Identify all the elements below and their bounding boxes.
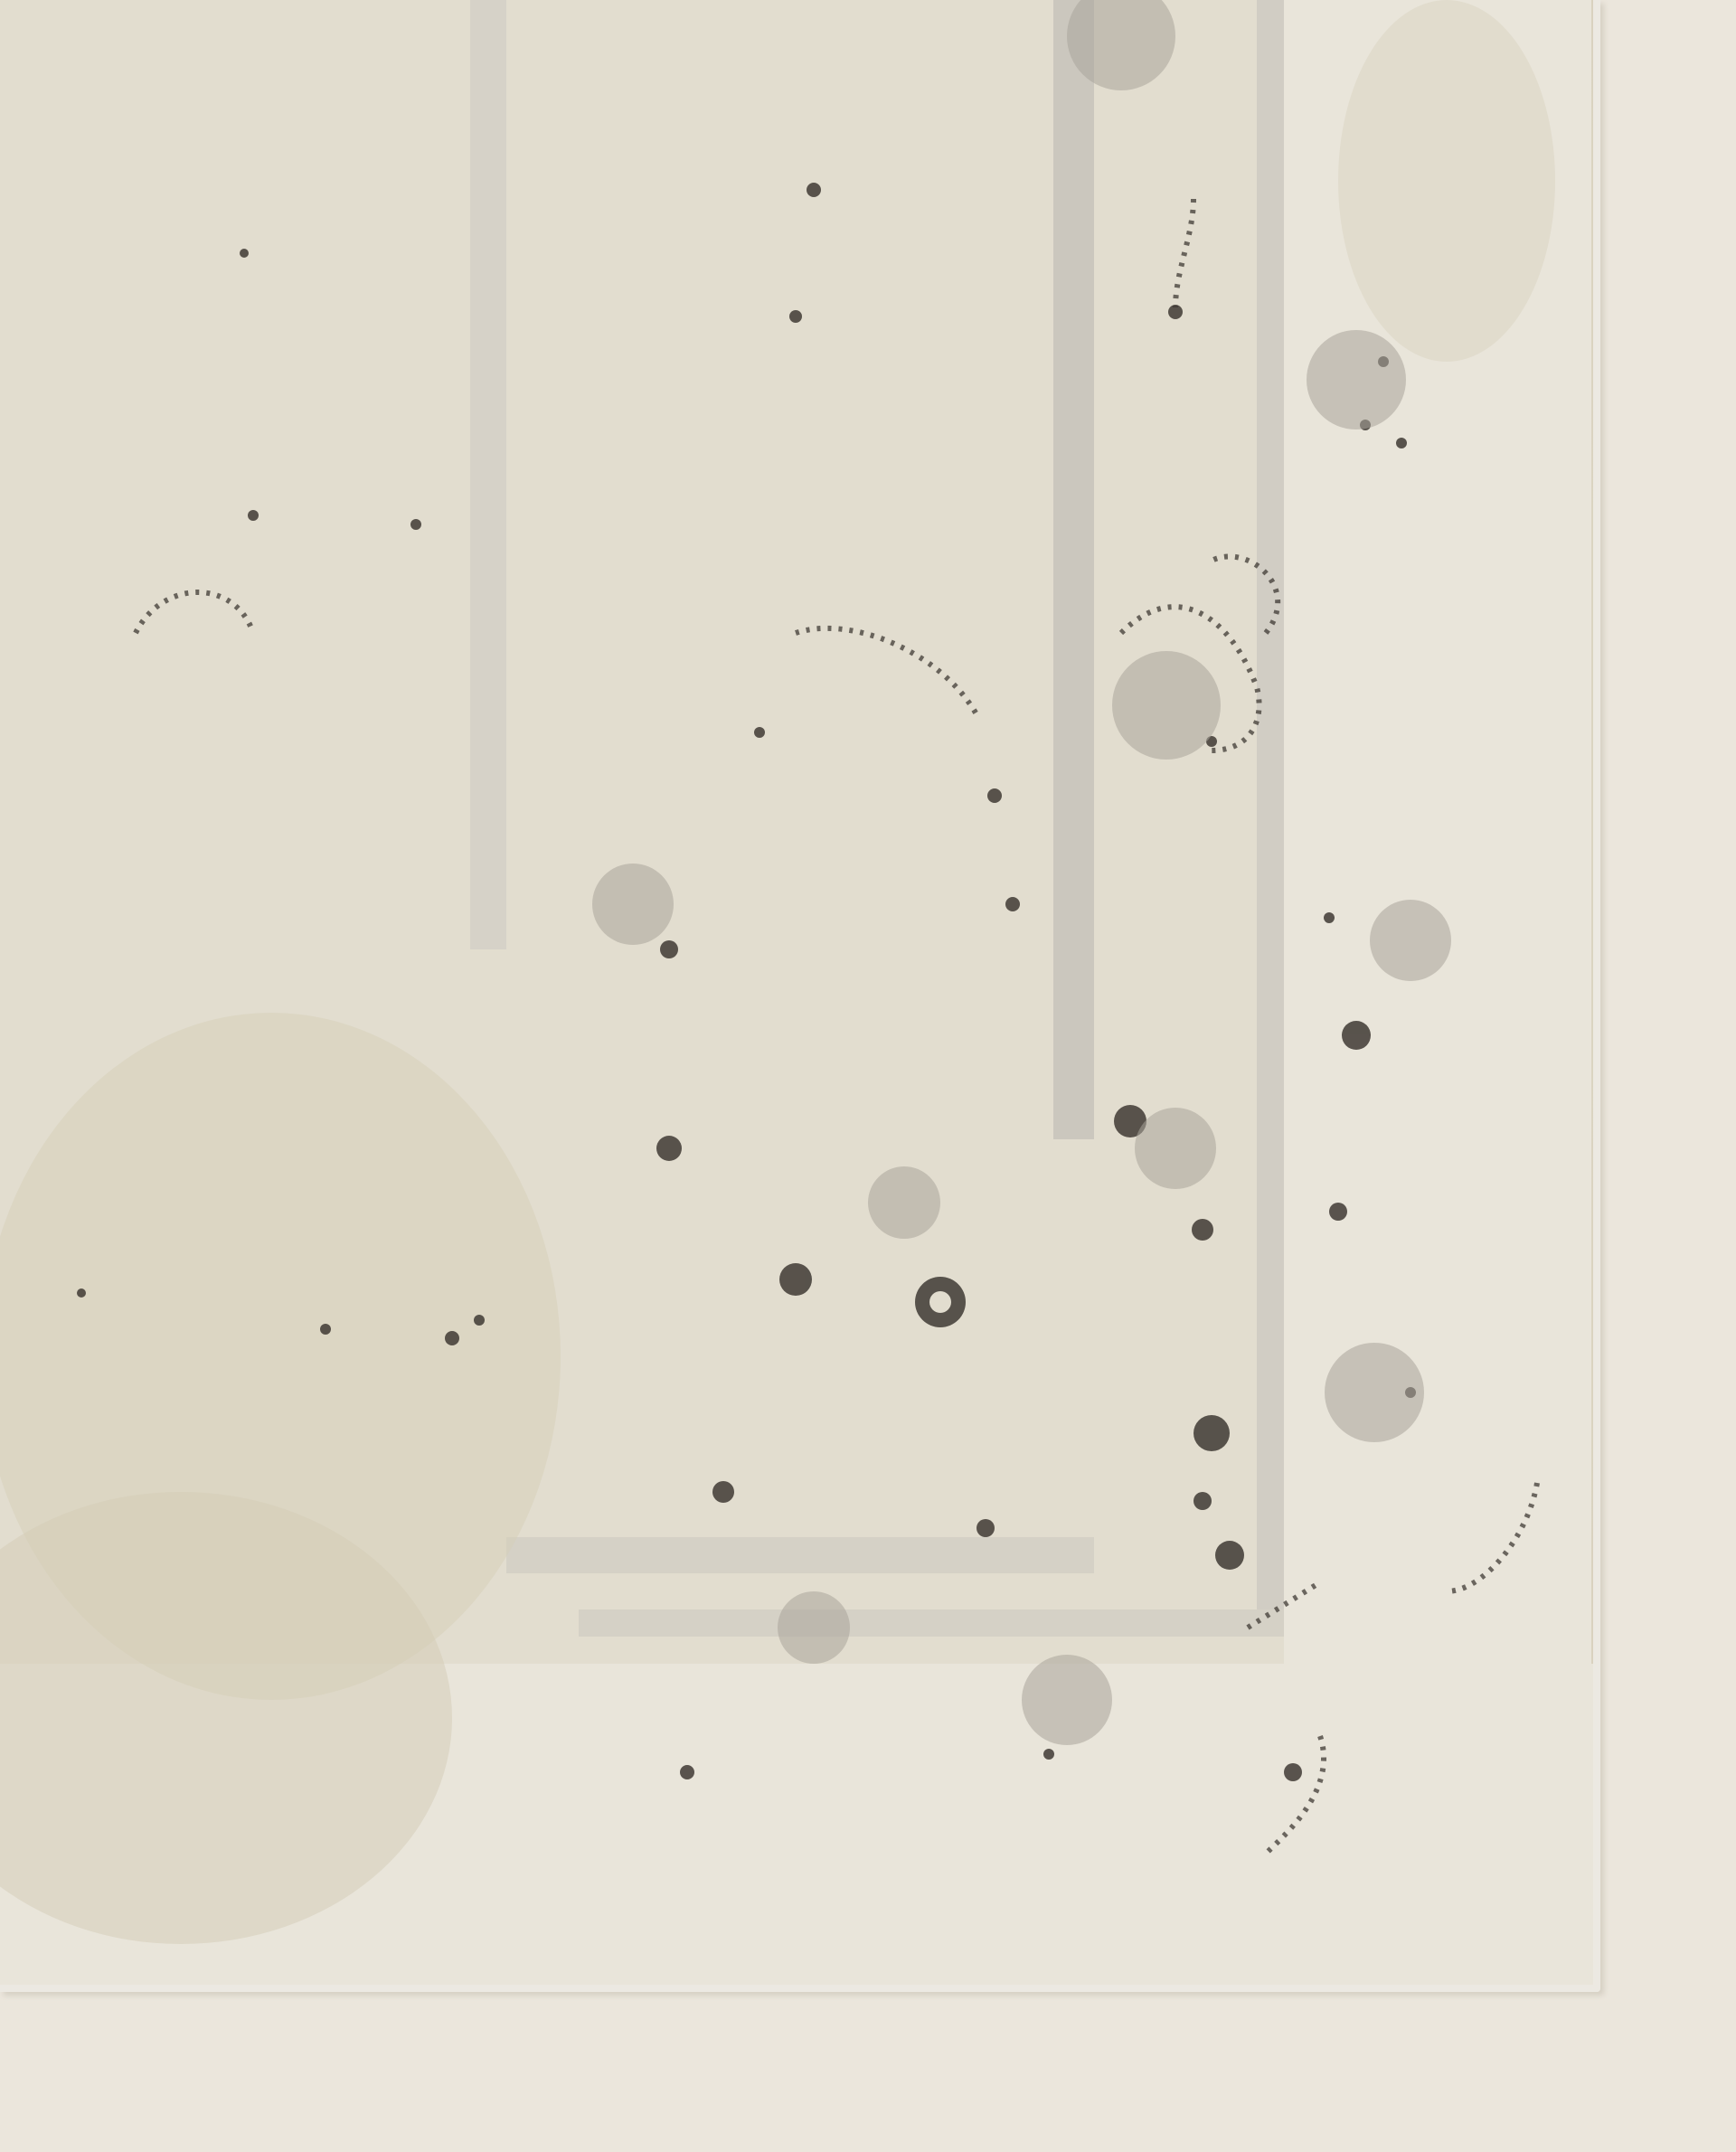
rug: [0, 0, 1600, 1992]
product-photo: [0, 0, 1736, 2152]
rug-pattern: [0, 0, 1593, 1985]
